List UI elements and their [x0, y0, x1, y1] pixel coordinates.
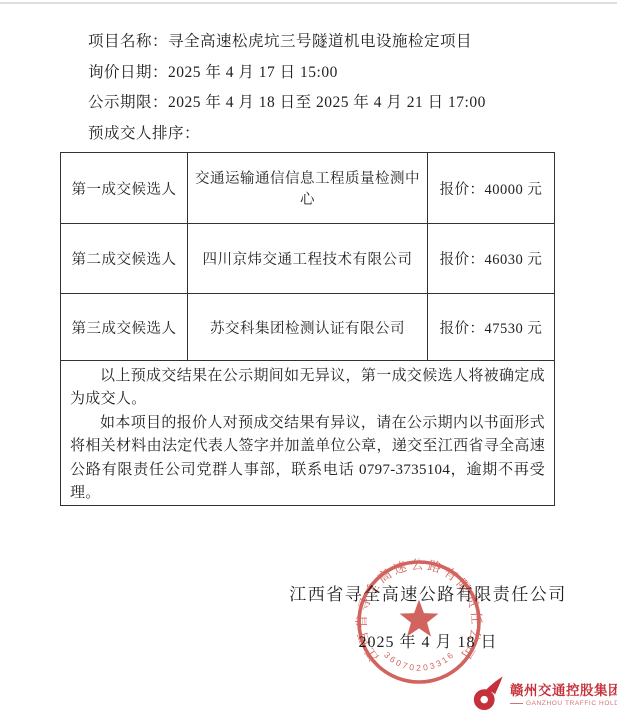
inquiry-date-label: 询价日期：	[88, 64, 168, 81]
notice-paragraph: 以上预成交结果在公示期间如无异议，第一成交候选人将被确定成为成交人。	[70, 365, 545, 412]
rank-cell: 第一成交候选人	[61, 153, 188, 224]
ranking-title-label: 预成交人排序：	[88, 125, 200, 142]
document-page: 项目名称：寻全高速松虎坑三号隧道机电设施检定项目 询价日期：2025 年 4 月…	[0, 0, 617, 713]
project-name-label: 项目名称：	[88, 33, 168, 50]
price-cell: 报价：47530 元	[428, 294, 555, 361]
svg-text:36070203316: 36070203316	[382, 650, 455, 673]
rank-cell: 第三成交候选人	[61, 294, 188, 361]
company-cell: 四川京炜交通工程技术有限公司	[188, 224, 428, 294]
project-name-line: 项目名称：寻全高速松虎坑三号隧道机电设施检定项目	[88, 27, 486, 58]
logo-rule-left	[510, 703, 523, 704]
price-cell: 报价：46030 元	[428, 224, 555, 294]
publicity-period-value: 2025 年 4 月 18 日至 2025 年 4 月 21 日 17:00	[168, 94, 486, 111]
seal-code-text: 36070203316	[382, 650, 455, 673]
price-cell: 报价：40000 元	[428, 153, 555, 224]
table-row: 以上预成交结果在公示期间如无异议，第一成交候选人将被确定成为成交人。 如本项目的…	[61, 361, 555, 506]
table-row: 第三成交候选人 苏交科集团检测认证有限公司 报价：47530 元	[61, 294, 555, 361]
candidates-table: 第一成交候选人 交通运输通信信息工程质量检测中心 报价：40000 元 第二成交…	[60, 152, 555, 506]
table-row: 第二成交候选人 四川京炜交通工程技术有限公司 报价：46030 元	[61, 224, 555, 294]
signature-date: 2025 年 4 月 18 日	[282, 633, 574, 653]
scan-edge-line	[0, 2, 617, 4]
group-logo: 赣州交通控股集团 GANZHOU TRAFFIC HOLDINGS	[471, 676, 617, 710]
rank-cell: 第二成交候选人	[61, 224, 188, 294]
inquiry-date-line: 询价日期：2025 年 4 月 17 日 15:00	[88, 58, 486, 89]
company-cell: 交通运输通信信息工程质量检测中心	[188, 153, 428, 224]
logo-subtitle: GANZHOU TRAFFIC HOLDINGS	[526, 700, 617, 707]
logo-subtitle-row: GANZHOU TRAFFIC HOLDINGS	[510, 700, 617, 707]
signature-block: 江西省寻全高速公路有限责任公司 2025 年 4 月 18 日	[282, 584, 574, 653]
logo-name: 赣州交通控股集团	[510, 684, 617, 698]
publicity-period-label: 公示期限：	[88, 94, 168, 111]
logo-mark-icon	[471, 676, 505, 710]
ranking-title-line: 预成交人排序：	[88, 119, 486, 150]
objection-paragraph: 如本项目的报价人对预成交结果有异议，请在公示期内以书面形式将相关材料由法定代表人…	[70, 412, 545, 506]
signature-company: 江西省寻全高速公路有限责任公司	[282, 584, 574, 606]
notes-cell: 以上预成交结果在公示期间如无异议，第一成交候选人将被确定成为成交人。 如本项目的…	[61, 361, 555, 506]
logo-text-block: 赣州交通控股集团 GANZHOU TRAFFIC HOLDINGS	[510, 684, 617, 707]
document-header: 项目名称：寻全高速松虎坑三号隧道机电设施检定项目 询价日期：2025 年 4 月…	[88, 27, 486, 149]
project-name-value: 寻全高速松虎坑三号隧道机电设施检定项目	[168, 33, 472, 50]
inquiry-date-value: 2025 年 4 月 17 日 15:00	[168, 64, 338, 81]
publicity-period-line: 公示期限：2025 年 4 月 18 日至 2025 年 4 月 21 日 17…	[88, 88, 486, 119]
table-row: 第一成交候选人 交通运输通信信息工程质量检测中心 报价：40000 元	[61, 153, 555, 224]
company-cell: 苏交科集团检测认证有限公司	[188, 294, 428, 361]
